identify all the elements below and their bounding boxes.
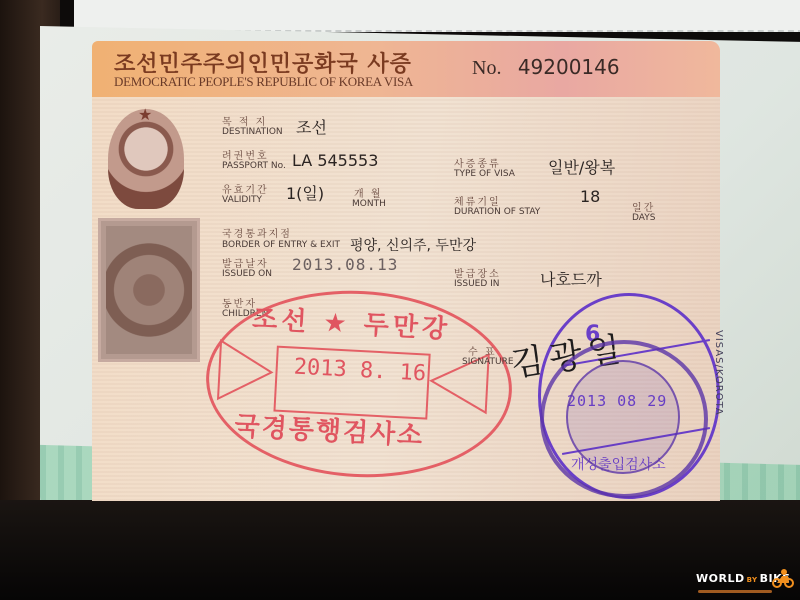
visa-type-label-kr: 사증종류 [454, 155, 501, 170]
issued-in-label-kr: 발급장소 [454, 265, 501, 280]
triangle-left-icon [216, 339, 275, 404]
border-value: 평양, 신의주, 두만강 [350, 235, 476, 255]
issued-on-label-en: ISSUED ON [222, 269, 272, 279]
passport-side-text: VISAS/KOROTA [713, 330, 724, 416]
issued-in-value: 나호드까 [540, 267, 602, 290]
visa-number-value: 49200146 [518, 55, 620, 79]
visa-title-english: DEMOCRATIC PEOPLE'S REPUBLIC OF KOREA VI… [114, 74, 413, 90]
validity-value: 1(일) [286, 181, 324, 204]
passport-no-label-en: PASSPORT No. [222, 161, 286, 171]
validity-label-en: VALIDITY [222, 195, 262, 205]
passport-no-label-kr: 려권번호 [222, 147, 269, 162]
destination-label-en: DESTINATION [222, 127, 283, 137]
background-bottom [0, 500, 800, 600]
duration-label-en: DURATION OF STAY [454, 207, 540, 217]
duration-unit-kr: 일간 [632, 199, 655, 214]
issued-on-value: 2013.08.13 [292, 255, 398, 274]
star-icon: ★ [138, 105, 152, 124]
validity-unit-kr: 개 월 [354, 185, 383, 200]
national-emblem-icon [108, 109, 184, 209]
duration-unit-en: DAYS [632, 213, 655, 223]
security-rosette-box [98, 218, 200, 362]
rosette-pattern-icon [106, 226, 192, 354]
border-label-en: BORDER OF ENTRY & EXIT [222, 240, 340, 250]
motorcycle-icon [772, 568, 794, 588]
passport-previous-page [74, 0, 800, 32]
children-label-kr: 동반자 [222, 295, 257, 310]
validity-label-kr: 유효기간 [222, 181, 269, 196]
visa-type-label-en: TYPE OF VISA [454, 169, 515, 179]
duration-value: 18 [580, 187, 600, 206]
logo-text-by: BY [747, 576, 758, 584]
visa-header: 조선민주주의인민공화국 사증 DEMOCRATIC PEOPLE'S REPUB… [92, 41, 720, 97]
destination-label-kr: 목 적 지 [222, 113, 267, 128]
issued-in-label-en: ISSUED IN [454, 279, 500, 289]
visa-number: No. 49200146 [472, 55, 620, 80]
visa-type-value: 일반/왕복 [548, 155, 615, 178]
duration-label-kr: 체류기일 [454, 193, 501, 208]
signature-label-en: SIGNATURE [462, 357, 514, 367]
visa-number-label: No. [472, 57, 501, 79]
round-seal-inner [566, 360, 680, 474]
validity-unit-en: MONTH [352, 199, 386, 209]
passport-no-value: LA 545553 [292, 151, 378, 170]
red-stamp-top-text: 조선 ★ 두만강 [251, 298, 452, 345]
destination-value: 조선 [296, 115, 327, 138]
logo-text-world: WORLD [696, 572, 745, 585]
border-label-kr: 국경통과지점 [222, 225, 292, 240]
signature-label-kr: 수 표 [468, 343, 497, 358]
issued-on-label-kr: 발급날자 [222, 255, 269, 270]
logo-underline [698, 590, 772, 593]
